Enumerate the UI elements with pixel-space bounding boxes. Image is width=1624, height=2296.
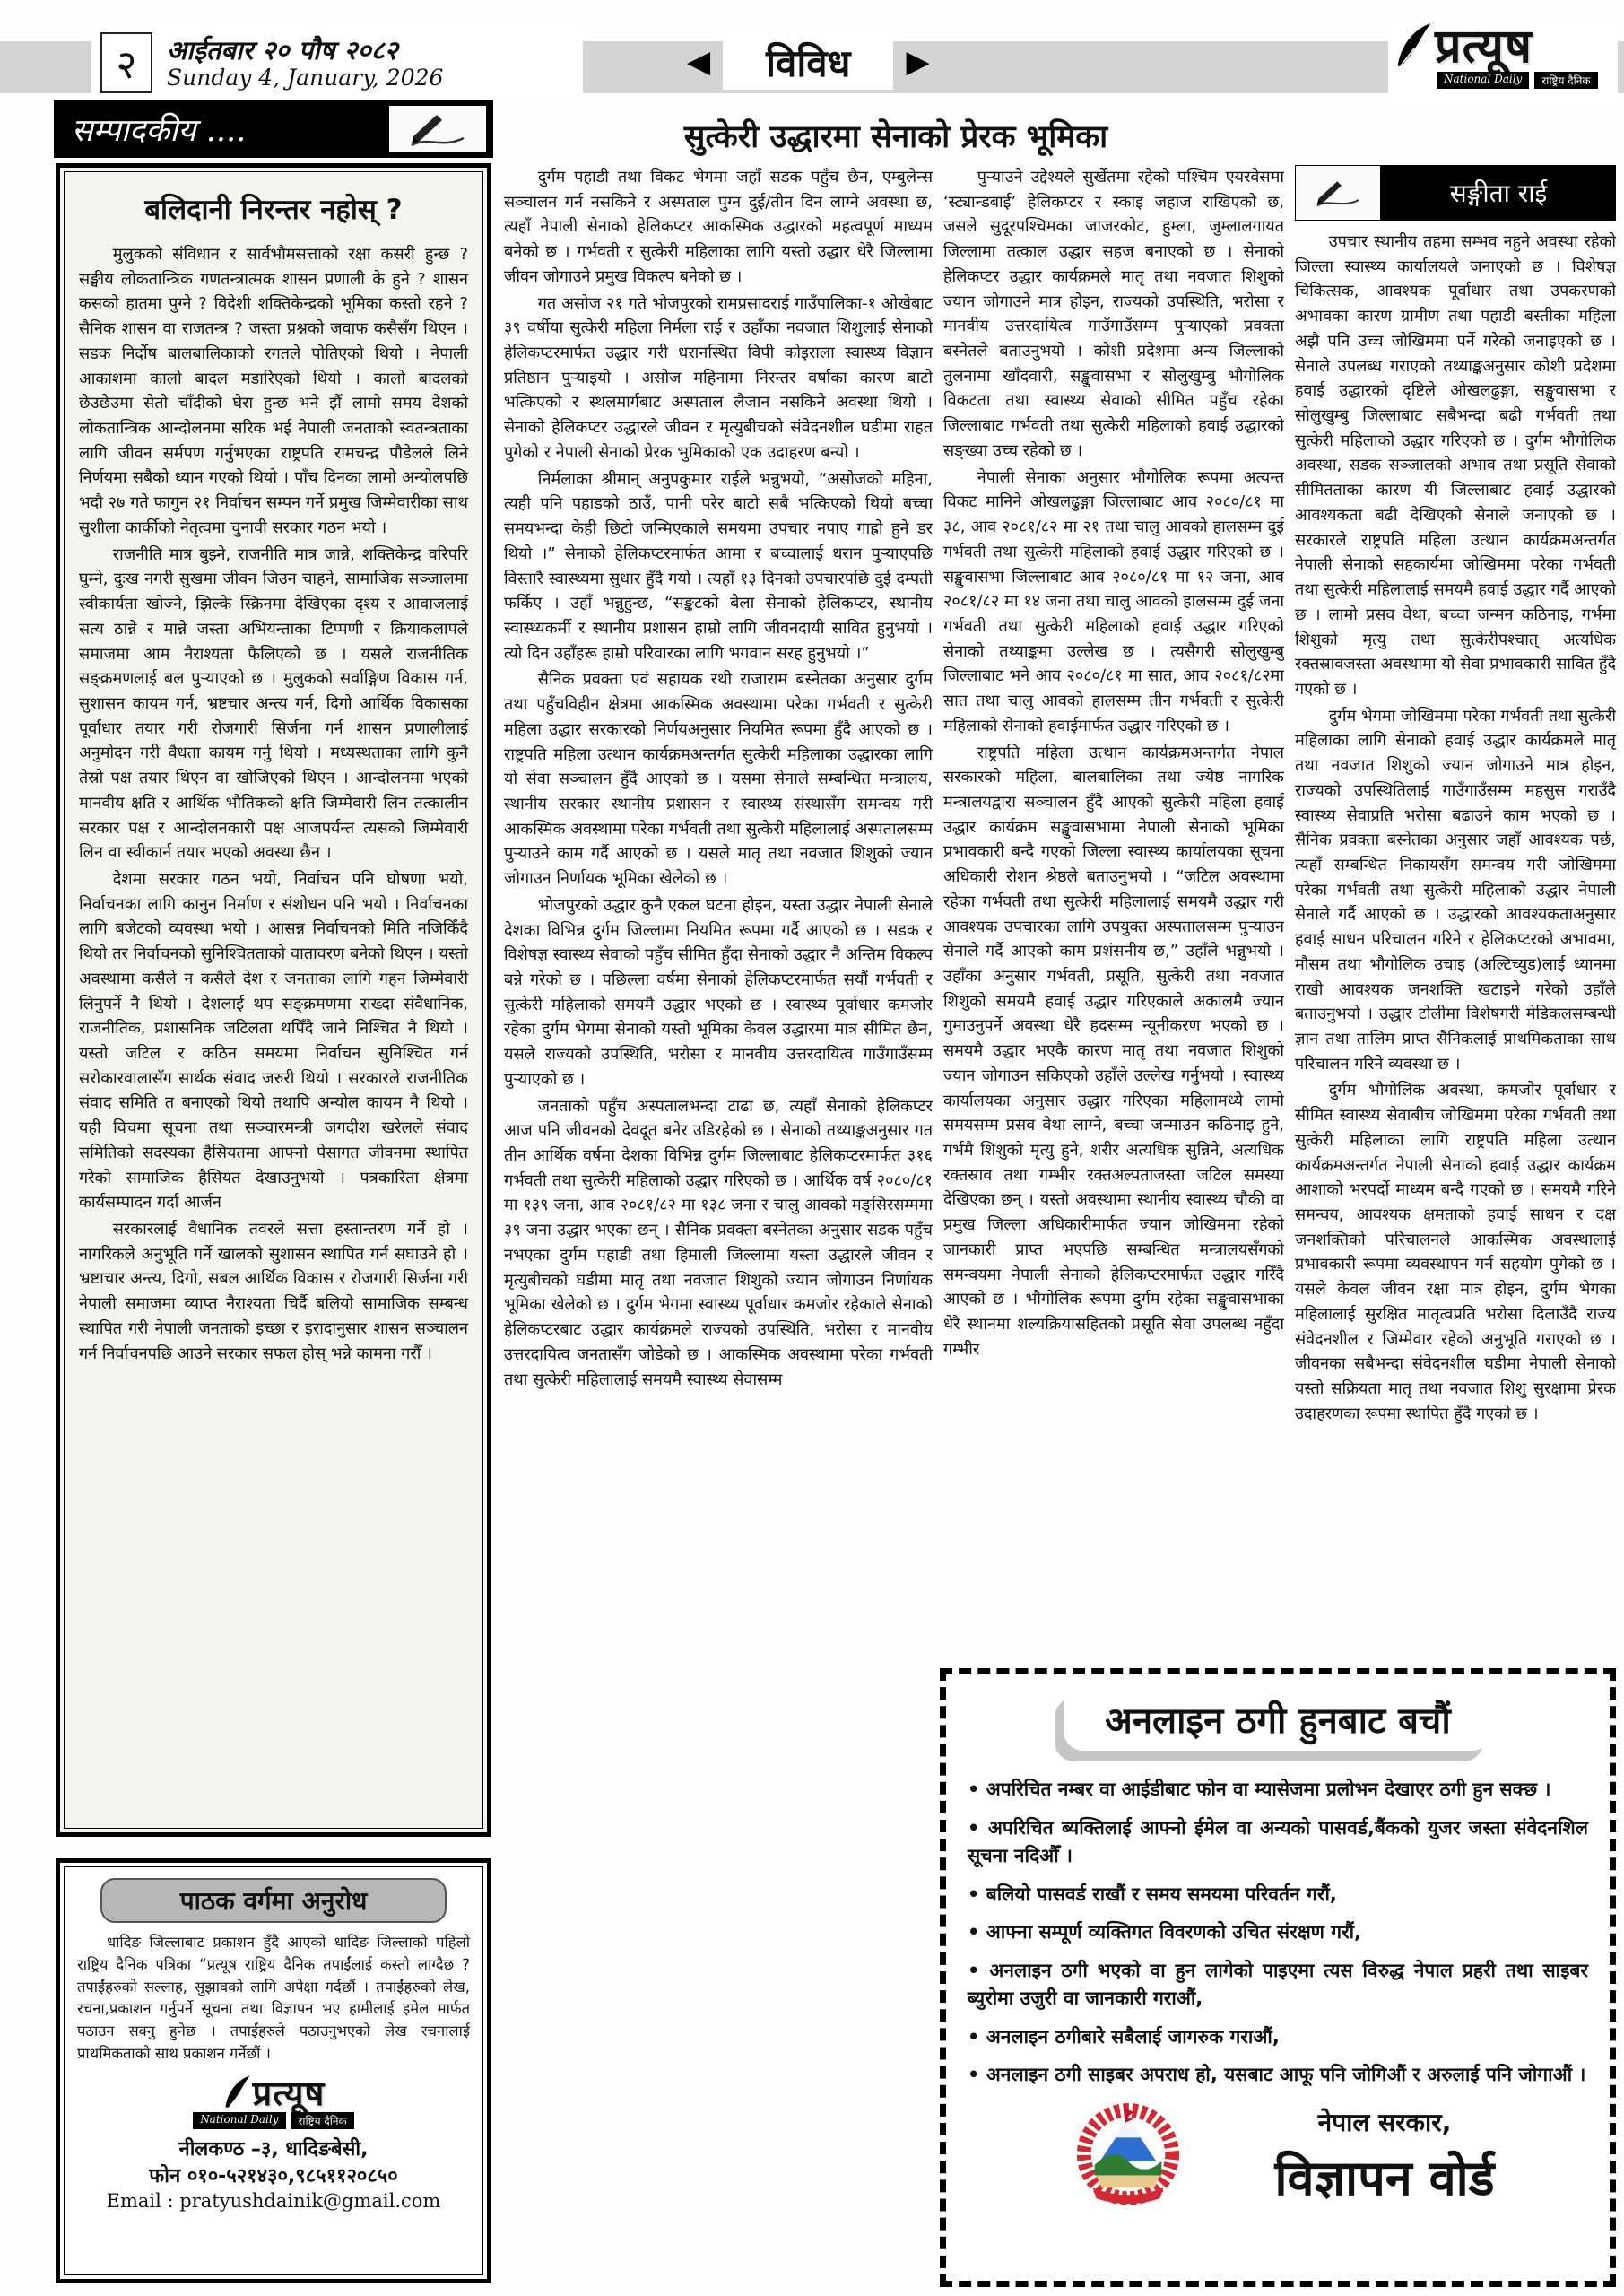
page-number: २: [100, 32, 152, 93]
article-paragraph: उपचार स्थानीय तहमा सम्भव नहुने अवस्था रह…: [1295, 230, 1616, 702]
article-column-3: सङ्गीता राई उपचार स्थानीय तहमा सम्भव नहु…: [1295, 165, 1616, 1657]
reader-request-title: पाठक वर्गमा अनुरोध: [100, 1878, 447, 1923]
newspaper-page: २ आईतबार २० पौष २०८२ Sunday 4, January, …: [0, 0, 1624, 2296]
section-title: विविध: [723, 35, 893, 90]
masthead-subtitles: National Daily राष्ट्रिय दैनिक: [1437, 72, 1612, 89]
ad-bullet: अपरिचित नम्बर वा आईडीबाट फोन वा म्यासेजम…: [968, 1776, 1588, 1805]
editorial-paragraph: राजनीति मात्र बुझ्ने, राजनीति मात्र जान्…: [79, 543, 468, 865]
ad-bullet: बलियो पासवर्ड राखौं र समय समयमा परिवर्तन…: [968, 1881, 1588, 1909]
article-paragraph: पुऱ्याउने उद्देश्यले सुर्खेतमा रहेको पश्…: [943, 165, 1284, 464]
ad-bullet: अपरिचित ब्यक्तिलाई आफ्नो ईमेल वा अन्यको …: [968, 1814, 1588, 1871]
article-paragraph: निर्मलाका श्रीमान् अनुपकुमार राईले भन्नु…: [504, 467, 933, 666]
article-column-1: दुर्गम पहाडी तथा विकट भेगमा जहाँ सडक पहु…: [504, 165, 933, 2278]
article-paragraph: सैनिक प्रवक्ता एवं सहायक रथी राजाराम बस्…: [504, 667, 933, 891]
article-paragraph: गत असोज २१ गते भोजपुरको रामप्रसादराई गाउ…: [504, 291, 933, 465]
date-nepali: आईतबार २० पौष २०८२: [167, 36, 443, 65]
ad-bullet: अनलाइन ठगी साइबर अपराध हो, यसबाट आफू पनि…: [968, 2061, 1588, 2090]
date-block: आईतबार २० पौष २०८२ Sunday 4, January, 20…: [167, 36, 443, 91]
section-header: ◀ विविध ▶: [674, 32, 1033, 91]
editorial-body: मुलुकको संविधान र सार्वभौमसत्ताको रक्षा …: [79, 242, 468, 1366]
byline-box: सङ्गीता राई: [1295, 165, 1616, 221]
article-paragraph: दुर्गम भौगोलिक अवस्था, कमजोर पूर्वाधार र…: [1295, 1078, 1616, 1426]
ad-footer: नेपाल सरकार, विज्ञापन वोर्ड: [968, 2100, 1588, 2214]
reader-request-body: धादिङ जिल्लाबाट प्रकाशन हुँदै आएको धादिङ…: [77, 1932, 470, 2066]
brand-name: प्रत्यूष: [253, 2076, 326, 2110]
article-column-2: पुऱ्याउने उद्देश्यले सुर्खेतमा रहेको पश्…: [943, 165, 1284, 1657]
advertisement-board-line: विज्ञापन वोर्ड: [1181, 2143, 1588, 2209]
pen-icon: [389, 106, 486, 152]
editorial-label: सम्पादकीय ....: [72, 109, 246, 151]
article-paragraph: दुर्गम पहाडी तथा विकट भेगमा जहाँ सडक पहु…: [504, 165, 933, 290]
brand-sub-english: National Daily: [193, 2112, 285, 2129]
masthead-logo: प्रत्यूष National Daily राष्ट्रिय दैनिक: [1388, 18, 1618, 100]
ad-bullet: आफ्ना सम्पूर्ण व्यक्तिगत विवरणको उचित सं…: [968, 1918, 1588, 1947]
publisher-email: Email : pratyushdainik@gmail.com: [77, 2190, 470, 2212]
publisher-address: नीलकण्ठ –३, धादिङबेसी,: [77, 2135, 470, 2161]
reader-request-box: पाठक वर्गमा अनुरोध धादिङ जिल्लाबाट प्रका…: [56, 1858, 491, 2283]
footer-brand-subtitles: National Daily राष्ट्रिय दैनिक: [77, 2112, 470, 2129]
government-line: नेपाल सरकार,: [1181, 2105, 1588, 2139]
editorial-paragraph: मुलुकको संविधान र सार्वभौमसत्ताको रक्षा …: [79, 242, 468, 541]
author-name: सङ्गीता राई: [1381, 165, 1616, 221]
article-paragraph: जनताको पहुँच अस्पतालभन्दा टाढा छ, त्यहाँ…: [504, 1094, 933, 1393]
brand-sub-nepali: राष्ट्रिय दैनिक: [1534, 72, 1597, 89]
editorial-box: बलिदानी निरन्तर नहोस् ? मुलुकको संविधान …: [56, 163, 491, 1837]
editorial-title: बलिदानी निरन्तर नहोस् ?: [79, 190, 468, 228]
header-date-block: २ आईतबार २० पौष २०८२ Sunday 4, January, …: [91, 27, 583, 99]
article-column-3-text: उपचार स्थानीय तहमा सम्भव नहुने अवस्था रह…: [1295, 230, 1616, 1427]
quill-icon: [222, 2073, 253, 2110]
ad-title: अनलाइन ठगी हुनबाट बचौं: [1064, 1687, 1491, 1751]
date-english: Sunday 4, January, 2026: [167, 65, 443, 91]
publisher-phone: फोन ०१०-५२१४३०,९८५११२०८५०: [77, 2161, 470, 2188]
pen-icon: [1295, 165, 1381, 221]
brand-sub-nepali: राष्ट्रिय दैनिक: [291, 2112, 354, 2129]
ad-bullet: अनलाइन ठगीबारे सबैलाई जागरुक गराऔं,: [968, 2023, 1588, 2052]
brand-name: प्रत्यूष: [1435, 23, 1533, 70]
article-paragraph: दुर्गम भेगमा जोखिममा परेका गर्भवती तथा स…: [1295, 704, 1616, 1077]
article-headline: सुत्केरी उद्धारमा सेनाको प्रेरक भूमिका: [502, 115, 1290, 157]
article-paragraph: भोजपुरको उद्धार कुनै एकल घटना होइन, यस्त…: [504, 893, 933, 1092]
ad-bullet-list: अपरिचित नम्बर वा आईडीबाट फोन वा म्यासेजम…: [968, 1776, 1588, 2090]
editorial-paragraph: सरकारलाई वैधानिक तवरले सत्ता हस्तान्तरण …: [79, 1217, 468, 1366]
masthead-logo-row: प्रत्यूष: [1394, 20, 1612, 70]
arrow-left-icon: ◀: [674, 44, 723, 80]
article-paragraph: राष्ट्रपति महिला उत्थान कार्यक्रमअन्तर्ग…: [943, 741, 1284, 1362]
editorial-paragraph: देशमा सरकार गठन भयो, निर्वाचन पनि घोषणा …: [79, 867, 468, 1215]
brand-sub-english: National Daily: [1437, 72, 1529, 89]
footer-brand-logo: प्रत्यूष: [77, 2073, 470, 2110]
arrow-right-icon: ▶: [893, 44, 942, 80]
nepal-government-emblem: [1075, 2100, 1181, 2214]
ad-bullet: अनलाइन ठगी भएको वा हुन लागेको पाइएमा त्य…: [968, 1957, 1588, 2013]
editorial-header-bar: सम्पादकीय ....: [54, 100, 493, 158]
online-fraud-ad-box: अनलाइन ठगी हुनबाट बचौं अपरिचित नम्बर वा …: [940, 1668, 1616, 2287]
article-paragraph: नेपाली सेनाका अनुसार भौगोलिक रूपमा अत्यन…: [943, 465, 1284, 739]
ad-signature: नेपाल सरकार, विज्ञापन वोर्ड: [1181, 2105, 1588, 2209]
quill-icon: [1394, 20, 1435, 70]
